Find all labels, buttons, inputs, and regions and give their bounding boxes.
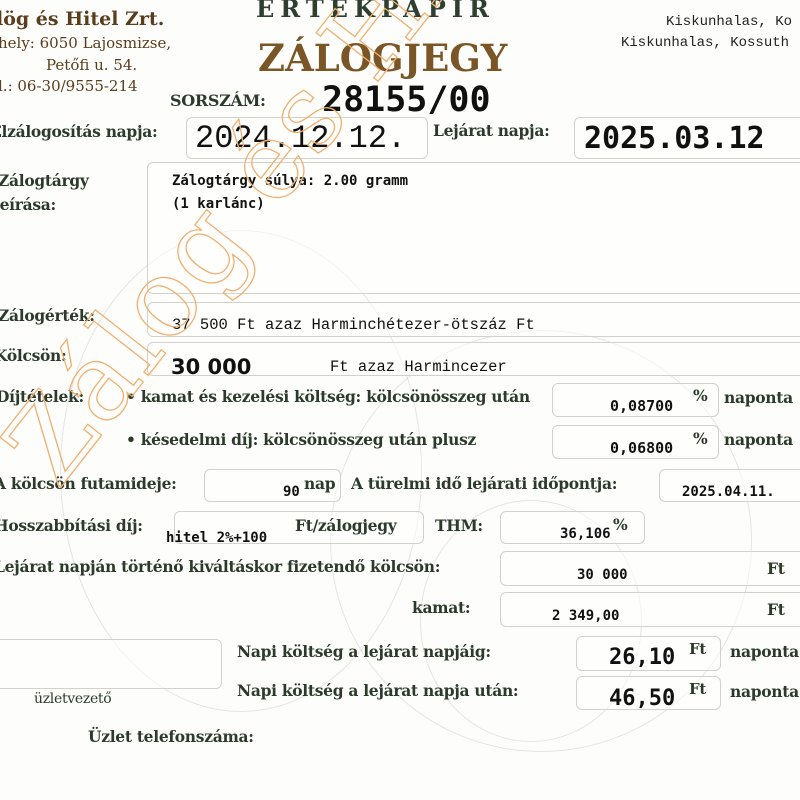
- item-description-line-1: Zálogtárgy súlya: 2.00 gramm: [172, 173, 408, 189]
- daily-cost-after-value: 46,50: [609, 686, 675, 711]
- fees-label: Díjtételek:: [0, 387, 84, 406]
- daily-cost-until-value: 26,10: [609, 645, 675, 670]
- item-description-line-2: (1 karlánc): [172, 196, 265, 212]
- extension-fee-unit: Ft/zálogjegy: [295, 516, 396, 535]
- redemption-interest-box: [500, 592, 800, 627]
- term-unit: nap: [304, 474, 335, 493]
- late-fee-percent: %: [693, 429, 707, 448]
- pledge-date-label: Elzálogosítás napja:: [0, 122, 157, 141]
- redemption-interest-currency: Ft: [767, 600, 785, 619]
- issuer-phone: l.: 06-30/9555-214: [0, 77, 138, 95]
- grace-date-label: A türelmi idő lejárati időpontja:: [351, 474, 617, 493]
- thm-label: THM:: [435, 516, 483, 535]
- shop-phone-label: Üzlet telefonszáma:: [88, 727, 254, 746]
- term-value: 90: [283, 484, 300, 500]
- interest-fee-daily: naponta: [724, 388, 793, 407]
- pledge-value-text: 37 500 Ft azaz Harminchétezer-ötszáz Ft: [172, 316, 535, 334]
- serial-number: 28155/00: [322, 80, 491, 120]
- loan-amount: 30 000: [171, 355, 251, 379]
- document-subtitle: ÉRTÉKPAPÍR: [256, 0, 495, 23]
- issuer-street: Petőfi u. 54.: [46, 56, 137, 74]
- redemption-loan-currency: Ft: [767, 559, 785, 578]
- daily-cost-after-label: Napi költség a lejárat napja után:: [237, 681, 518, 700]
- daily-cost-until-currency: Ft: [689, 640, 706, 658]
- redemption-loan-label: Lejárat napján történő kiváltáskor fizet…: [0, 557, 440, 576]
- grace-date-value: 2025.04.11.: [682, 484, 775, 500]
- interest-fee-value: 0,08700: [610, 397, 673, 415]
- term-label: A kölcsön futamideje:: [0, 474, 177, 493]
- late-fee-value: 0,06800: [610, 439, 673, 457]
- daily-cost-until-label: Napi költség a lejárat napjáig:: [237, 642, 491, 661]
- manager-signature-box: [0, 639, 222, 689]
- redemption-loan-value: 30 000: [577, 567, 628, 583]
- late-fee-label: • késedelmi díj: kölcsönösszeg után plus…: [126, 430, 476, 449]
- expiry-label: Lejárat napja:: [433, 121, 550, 140]
- interest-fee-percent: %: [693, 386, 707, 405]
- interest-fee-label: • kamat és kezelési költség: kölcsönössz…: [126, 387, 530, 406]
- thm-value: 36,106: [560, 526, 611, 542]
- extension-fee-value: hitel 2%+100: [166, 530, 267, 546]
- pledge-date-value: 2024.12.12.: [195, 120, 406, 157]
- branch-line-1: Kiskunhalas, Ko: [666, 14, 792, 30]
- extension-fee-label: Hosszabbítási díj:: [0, 516, 143, 535]
- item-label-line-2: leírása:: [0, 195, 56, 214]
- issuer-seat: hely: 6050 Lajosmizse,: [0, 34, 171, 52]
- issuer-name: lög és Hitel Zrt.: [0, 8, 164, 30]
- item-label-line-1: Zálogtárgy: [0, 171, 89, 190]
- expiry-value: 2025.03.12: [584, 121, 765, 156]
- serial-label: SORSZÁM:: [170, 91, 266, 110]
- redemption-interest-label: kamat:: [412, 598, 470, 617]
- daily-cost-after-currency: Ft: [689, 680, 706, 698]
- redemption-loan-box: [500, 551, 800, 586]
- daily-cost-after-daily: naponta: [730, 682, 799, 701]
- manager-label: üzletvezető: [34, 691, 111, 707]
- pledge-value-label: Zálogérték:: [0, 306, 95, 325]
- loan-amount-words: Ft azaz Harmincezer: [330, 358, 507, 376]
- late-fee-daily: naponta: [724, 430, 793, 449]
- loan-label: Kölcsön:: [0, 346, 66, 365]
- document-title: ZÁLOGJEGY: [258, 36, 507, 80]
- branch-line-2: Kiskunhalas, Kossuth: [621, 35, 789, 51]
- redemption-interest-value: 2 349,00: [552, 608, 619, 624]
- thm-percent: %: [613, 515, 627, 534]
- daily-cost-until-daily: naponta: [730, 642, 799, 661]
